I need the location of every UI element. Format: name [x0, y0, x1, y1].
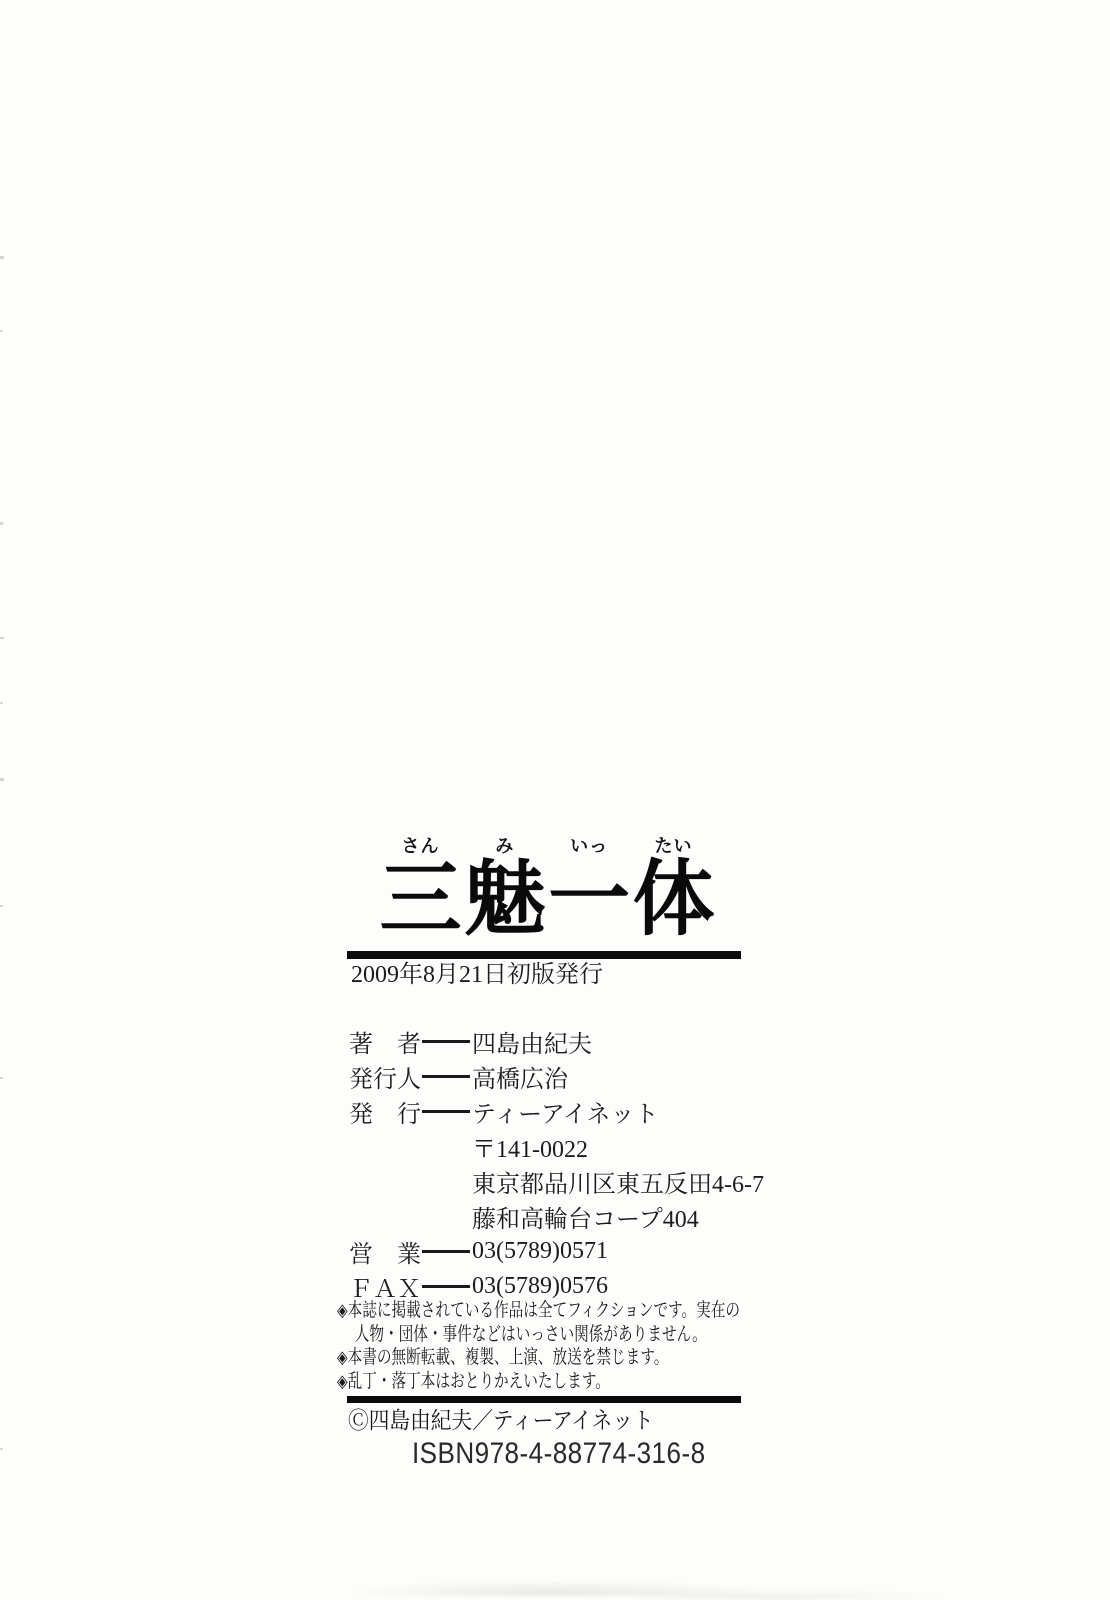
scan-artifact — [0, 1448, 3, 1450]
scan-artifact — [0, 637, 4, 639]
scan-artifact — [0, 330, 3, 332]
colophon-row-publisher: 発 行 ティーアイネット — [349, 1094, 769, 1129]
dash-rule — [422, 1075, 470, 1078]
legal-notices: ◈本誌に掲載されている作品は全てフィクションです。実在の 人物・団体・事件などは… — [337, 1299, 768, 1393]
scan-artifact — [0, 522, 3, 525]
colophon-row-publisher-person: 発行人 高橋広治 — [349, 1059, 769, 1094]
title-char: たい 体 — [632, 834, 715, 942]
row-value: 高橋広治 — [472, 1059, 568, 1094]
row-label: 著 者 — [349, 1024, 421, 1059]
scan-artifact — [0, 778, 4, 781]
title-char: み 魅 — [463, 834, 546, 942]
title-kanji: 体 — [632, 858, 715, 942]
notice-no-reproduction: ◈本書の無断転載、複製、上演、放送を禁じます。 — [337, 1346, 768, 1370]
colophon-row-sales-phone: 営 業 03(5789)0571 — [349, 1234, 769, 1269]
title-kanji: 魅 — [463, 858, 546, 942]
title-kanji: 三 — [379, 858, 462, 942]
scanned-colophon-page: { "colors": { "ink": "#1c1c1c", "rule": … — [0, 0, 1110, 1600]
title-kanji: 一 — [548, 858, 631, 942]
row-value: 03(5789)0576 — [472, 1273, 608, 1300]
publisher-postal-code: 〒141-0022 — [349, 1129, 769, 1164]
book-title: さん 三 み 魅 いっ 一 たい 体 — [379, 834, 715, 942]
colophon-block: 著 者 四島由紀夫 発行人 高橋広治 発 行 ティーアイネット 〒141-002… — [349, 1024, 769, 1304]
publisher-address-line2: 藤和高輪台コープ404 — [349, 1199, 769, 1234]
dash-rule — [422, 1040, 470, 1043]
scan-artifact — [0, 702, 3, 704]
scan-artifact — [0, 256, 4, 259]
diamond-bullet-icon: ◈ — [337, 1347, 348, 1368]
isbn-number: ISBN978-4-88774-316-8 — [412, 1438, 706, 1470]
footer-divider-rule — [347, 1396, 741, 1403]
row-value: 四島由紀夫 — [472, 1024, 592, 1059]
notice-defective-copies: ◈乱丁・落丁本はおとりかえいたします。 — [337, 1370, 768, 1394]
title-char: いっ 一 — [548, 834, 631, 942]
dash-rule — [422, 1110, 470, 1113]
row-label: 発行人 — [349, 1059, 421, 1094]
scan-artifact — [640, 1588, 960, 1600]
publisher-address-line1: 東京都品川区東五反田4-6-7 — [349, 1164, 769, 1199]
diamond-bullet-icon: ◈ — [337, 1300, 348, 1321]
dash-rule — [422, 1250, 470, 1253]
diamond-bullet-icon: ◈ — [337, 1371, 348, 1392]
row-label: 営 業 — [349, 1234, 421, 1269]
row-value: 03(5789)0571 — [472, 1238, 608, 1265]
copyright-line: Ⓒ四島由紀夫／ティーアイネット — [348, 1407, 654, 1435]
title-divider-rule — [347, 951, 741, 959]
row-value: ティーアイネット — [472, 1094, 658, 1129]
edition-date: 2009年8月21日初版発行 — [351, 961, 603, 989]
title-char: さん 三 — [379, 834, 462, 942]
notice-fiction-disclaimer: ◈本誌に掲載されている作品は全てフィクションです。実在の — [337, 1299, 768, 1323]
row-label: 発 行 — [349, 1094, 421, 1129]
scan-artifact — [0, 905, 3, 907]
colophon-row-author: 著 者 四島由紀夫 — [349, 1024, 769, 1059]
scan-artifact — [0, 1077, 3, 1079]
notice-fiction-disclaimer-cont: 人物・団体・事件などはいっさい関係がありません。 — [337, 1323, 768, 1347]
dash-rule — [422, 1285, 470, 1288]
